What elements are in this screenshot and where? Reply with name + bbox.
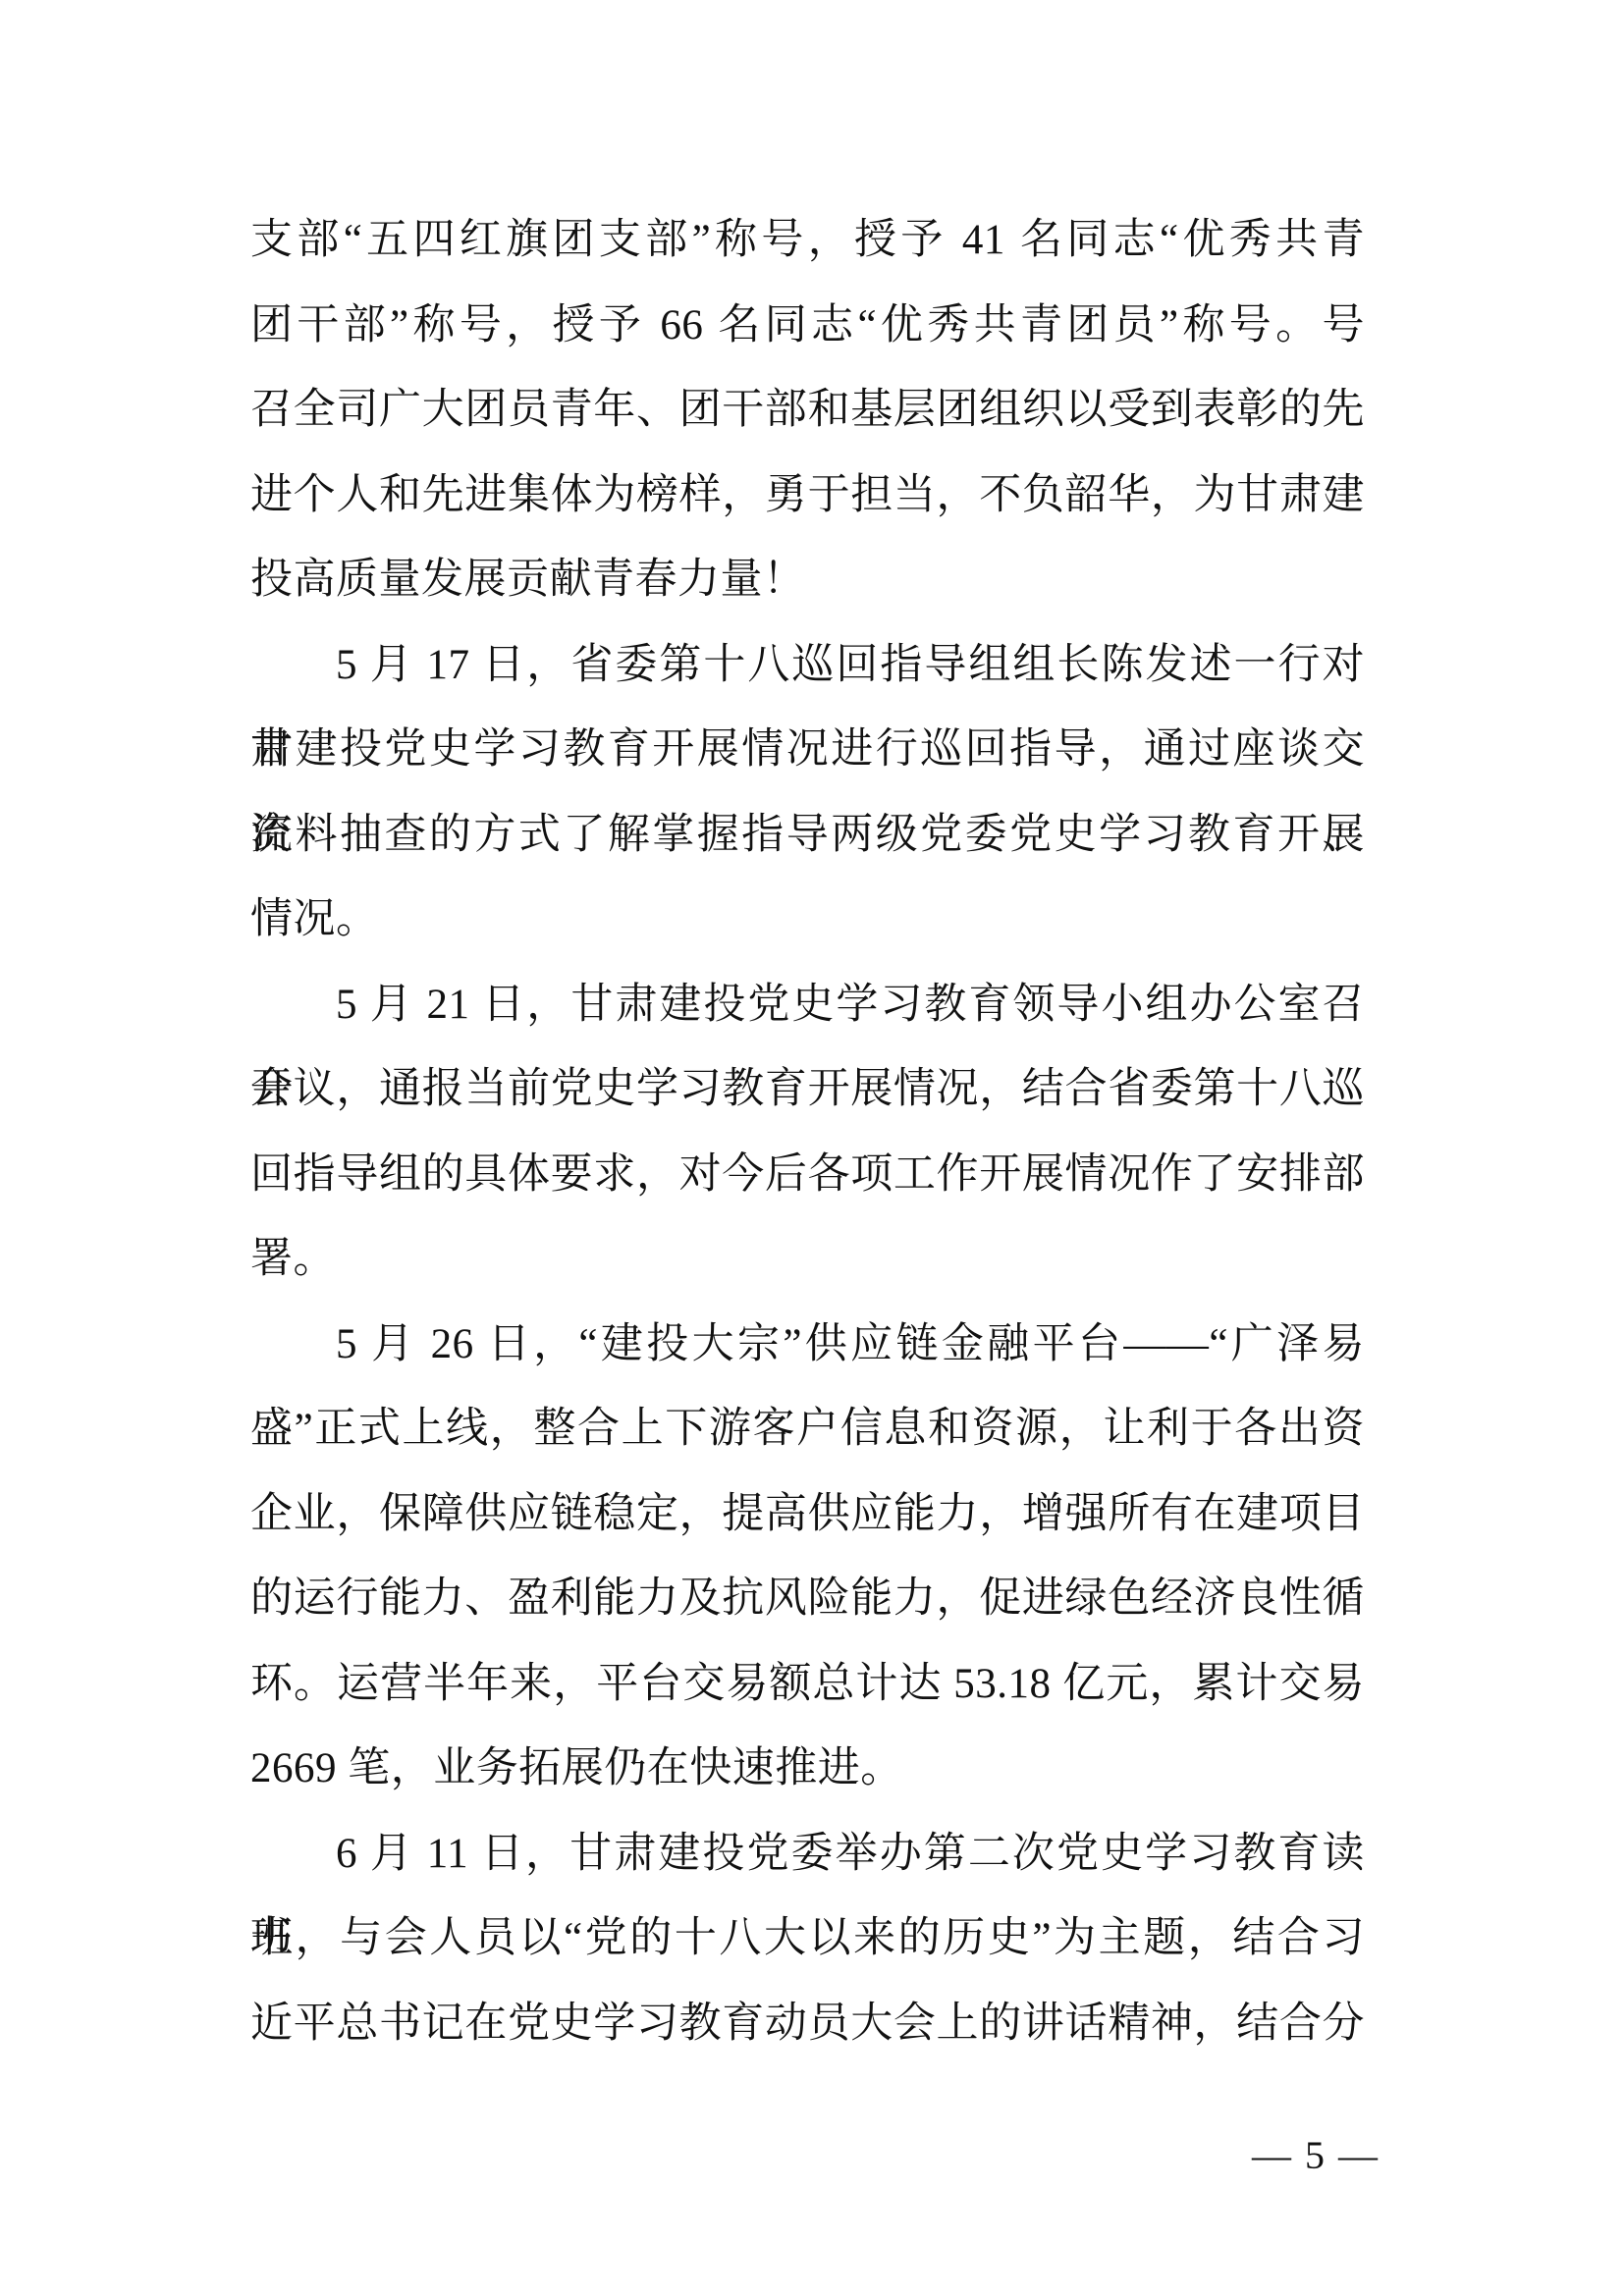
text-line: 支部“五四红旗团支部”称号，授予 41 名同志“优秀共青: [250, 198, 1365, 284]
text-line: 6 月 11 日，甘肃建投党委举办第二次党史学习教育读书: [250, 1812, 1365, 1897]
text-line: 班，与会人员以“党的十八大以来的历史”为主题，结合习: [250, 1896, 1365, 1982]
page-number: — 5 —: [1252, 2133, 1380, 2177]
text-line: 资料抽查的方式了解掌握指导两级党委党史学习教育开展: [250, 793, 1365, 879]
text-line: 召全司广大团员青年、团干部和基层团组织以受到表彰的先: [250, 368, 1365, 454]
text-line: 5 月 26 日，“建投大宗”供应链金融平台——“广泽易: [250, 1303, 1365, 1388]
text-line: 环。运营半年来，平台交易额总计达 53.18 亿元，累计交易: [250, 1642, 1365, 1728]
text-line: 5 月 17 日，省委第十八巡回指导组组长陈发述一行对甘: [250, 623, 1365, 709]
text-line: 2669 笔，业务拓展仍在快速推进。: [250, 1727, 1365, 1812]
text-line: 盛”正式上线，整合上下游客户信息和资源，让利于各出资: [250, 1387, 1365, 1472]
text-line: 团干部”称号，授予 66 名同志“优秀共青团员”称号。号: [250, 284, 1365, 369]
text-line: 企业，保障供应链稳定，提高供应能力，增强所有在建项目: [250, 1472, 1365, 1558]
page-footer: — 5 —: [1252, 2128, 1380, 2183]
text-line: 署。: [250, 1217, 1365, 1303]
text-line: 5 月 21 日，甘肃建投党史学习教育领导小组办公室召开: [250, 963, 1365, 1048]
text-line: 回指导组的具体要求，对今后各项工作开展情况作了安排部: [250, 1133, 1365, 1218]
text-line: 投高质量发展贡献青春力量！: [250, 538, 1365, 623]
text-line: 近平总书记在党史学习教育动员大会上的讲话精神，结合分: [250, 1982, 1365, 2067]
text-line: 的运行能力、盈利能力及抗风险能力，促进绿色经济良性循: [250, 1557, 1365, 1642]
document-page: 支部“五四红旗团支部”称号，授予 41 名同志“优秀共青团干部”称号，授予 66…: [0, 0, 1624, 2296]
text-line: 肃建投党史学习教育开展情况进行巡回指导，通过座谈交流、: [250, 708, 1365, 793]
document-body: 支部“五四红旗团支部”称号，授予 41 名同志“优秀共青团干部”称号，授予 66…: [250, 198, 1365, 2066]
text-line: 情况。: [250, 878, 1365, 963]
text-line: 进个人和先进集体为榜样，勇于担当，不负韶华，为甘肃建: [250, 454, 1365, 539]
text-line: 会议，通报当前党史学习教育开展情况，结合省委第十八巡: [250, 1047, 1365, 1133]
